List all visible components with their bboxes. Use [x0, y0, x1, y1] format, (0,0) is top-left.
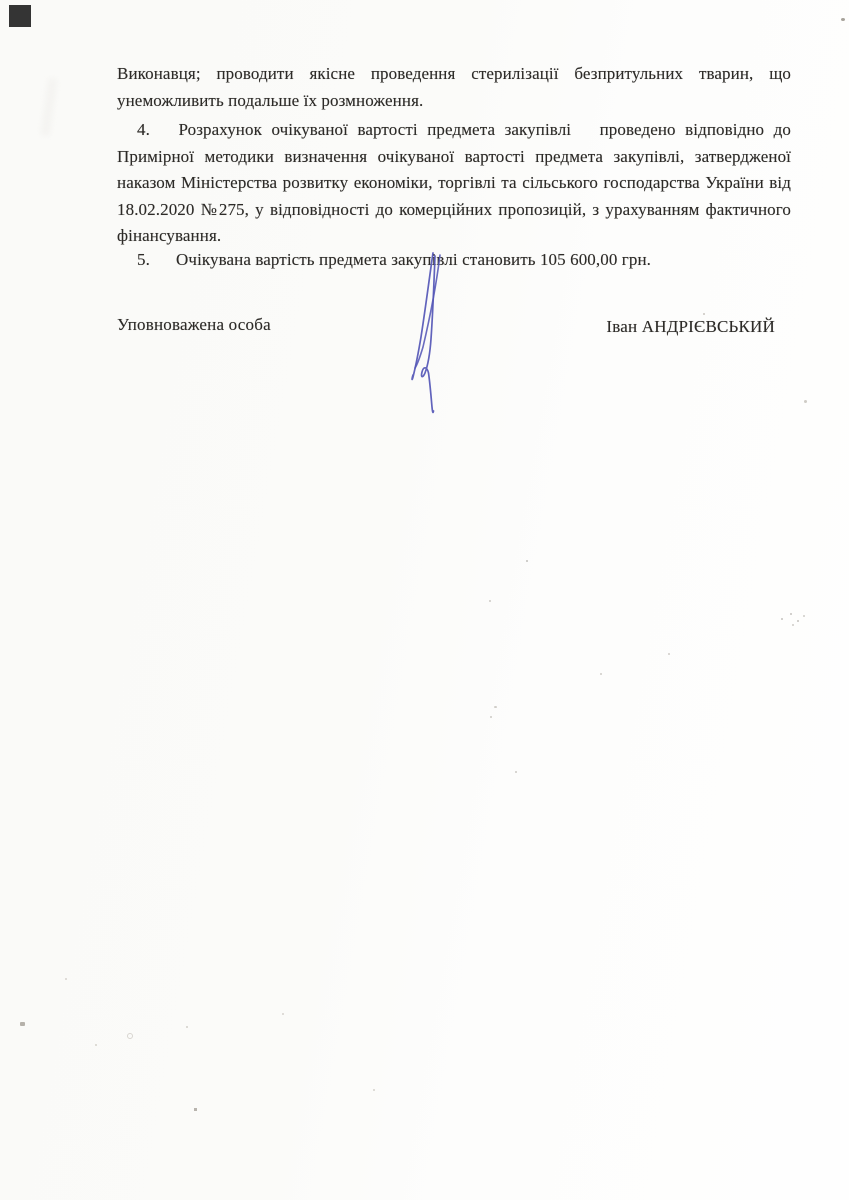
- text-line: Виконавця; проводити якісне проведення с…: [117, 61, 791, 88]
- scan-speck: [600, 673, 602, 675]
- scan-speck: [95, 1044, 97, 1046]
- scanned-document-page: Виконавця; проводити якісне проведення с…: [0, 0, 849, 1200]
- scan-streak: [40, 78, 58, 137]
- text-line: 4. Розрахунок очікуваної вартості предме…: [117, 117, 791, 144]
- scan-speck: [186, 1026, 188, 1028]
- scan-speck: [489, 600, 491, 602]
- signer-name: Іван АНДРІЄВСЬКИЙ: [606, 317, 775, 337]
- scan-speck: [20, 1022, 25, 1026]
- scan-speck: [781, 618, 783, 620]
- scan-speck: [65, 978, 67, 980]
- signature-stroke: [422, 256, 435, 412]
- signature-ink: [404, 249, 452, 417]
- scan-speck: [804, 400, 807, 403]
- scan-speck: [515, 771, 517, 773]
- scan-corner-mark: [9, 5, 31, 27]
- scan-speck: [841, 18, 845, 21]
- scan-speck: [797, 620, 799, 622]
- scan-speck: [803, 615, 805, 617]
- scan-speck: [526, 560, 528, 562]
- paragraph-intro: Виконавця; проводити якісне проведення с…: [117, 61, 791, 114]
- paragraph-4: 4. Розрахунок очікуваної вартості предме…: [117, 117, 791, 250]
- paragraph-5: 5. Очікувана вартість предмета закупівлі…: [117, 247, 791, 274]
- scan-speck: [790, 613, 792, 615]
- text-line: фінансування.: [117, 223, 791, 250]
- scan-speck: [282, 1013, 284, 1015]
- authorized-person-label: Уповноважена особа: [117, 315, 271, 335]
- text-line: 18.02.2020 №275, у відповідності до коме…: [117, 197, 791, 224]
- scan-speck: [490, 716, 492, 718]
- text-line: наказом Міністерства розвитку економіки,…: [117, 170, 791, 197]
- scan-speck: [494, 706, 497, 708]
- scan-speck: [668, 653, 670, 655]
- text-line: Примірної методики визначення очікуваної…: [117, 144, 791, 171]
- scan-speck: [703, 313, 705, 315]
- text-line: унеможливить подальше їх розмноження.: [117, 88, 791, 115]
- scan-speck: [792, 624, 794, 626]
- text-line: 5. Очікувана вартість предмета закупівлі…: [117, 247, 791, 274]
- scan-speck: [194, 1108, 197, 1111]
- scan-speck: [127, 1033, 133, 1039]
- scan-speck: [373, 1089, 375, 1091]
